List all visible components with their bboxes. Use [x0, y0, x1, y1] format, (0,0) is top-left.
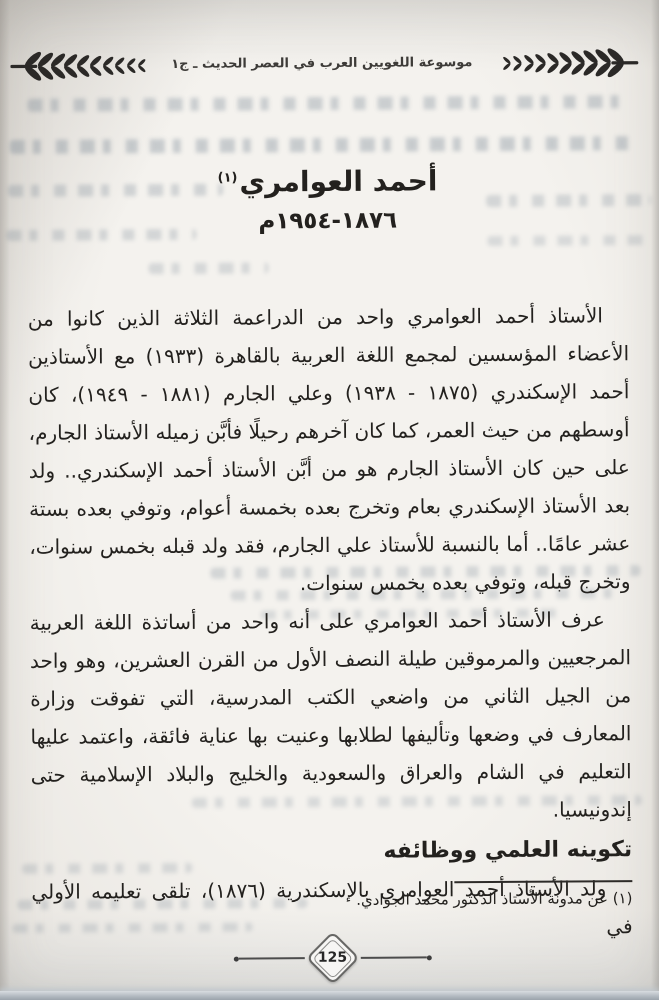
photo-edge-left [0, 0, 10, 1000]
photo-edge-bottom [0, 991, 659, 1000]
page-bleedthrough [10, 136, 640, 154]
ornament-line-right [360, 956, 426, 958]
page-number: 125 [318, 950, 347, 966]
book-header-title: موسوعة اللغويين العرب في العصر الحديث ـ … [158, 55, 485, 76]
footnote-block: (١) عن مدونة الأستاذ الدكتور محمد الجواد… [31, 880, 632, 911]
title-footnote-marker: (١) [218, 170, 238, 185]
page-number-ornament: 125 [3, 928, 659, 988]
page-number-badge-inner: 125 [312, 937, 353, 978]
book-page-photo: موسوعة اللغويين العرب في العصر الحديث ـ … [0, 0, 659, 1000]
photo-edge-right [651, 0, 659, 1000]
footnote-separator [454, 880, 632, 883]
footnote-text: (١) عن مدونة الأستاذ الدكتور محمد الجواد… [31, 889, 632, 911]
article-title-text: أحمد العوامري [239, 164, 437, 198]
page-header: موسوعة اللغويين العرب في العصر الحديث ـ … [10, 38, 643, 92]
page-bleedthrough [28, 95, 628, 112]
ornament-dot-right [426, 955, 431, 960]
page-bleedthrough [149, 262, 269, 274]
ornament-line-left [238, 957, 304, 959]
paragraph-1: الأستاذ أحمد العوامري واحد من الدراعمة ا… [28, 296, 631, 604]
wheat-ornament-right [485, 40, 643, 87]
article-title: أحمد العوامري(١) [0, 163, 657, 200]
page-number-badge: 125 [305, 931, 359, 985]
article-body: الأستاذ أحمد العوامري واحد من الدراعمة ا… [28, 296, 633, 949]
page-bleedthrough [487, 235, 647, 246]
paragraph-2: عرف الأستاذ أحمد العوامري على أنه واحد م… [30, 600, 632, 832]
wheat-ornament-left [10, 43, 158, 90]
article-dates: ١٨٧٦-١٩٥٤م [0, 206, 657, 236]
page-content: موسوعة اللغويين العرب في العصر الحديث ـ … [0, 0, 659, 1000]
article-title-block: أحمد العوامري(١) ١٨٧٦-١٩٥٤م [0, 163, 657, 236]
section-heading: تكوينه العلمي ووظائفه [31, 831, 632, 873]
